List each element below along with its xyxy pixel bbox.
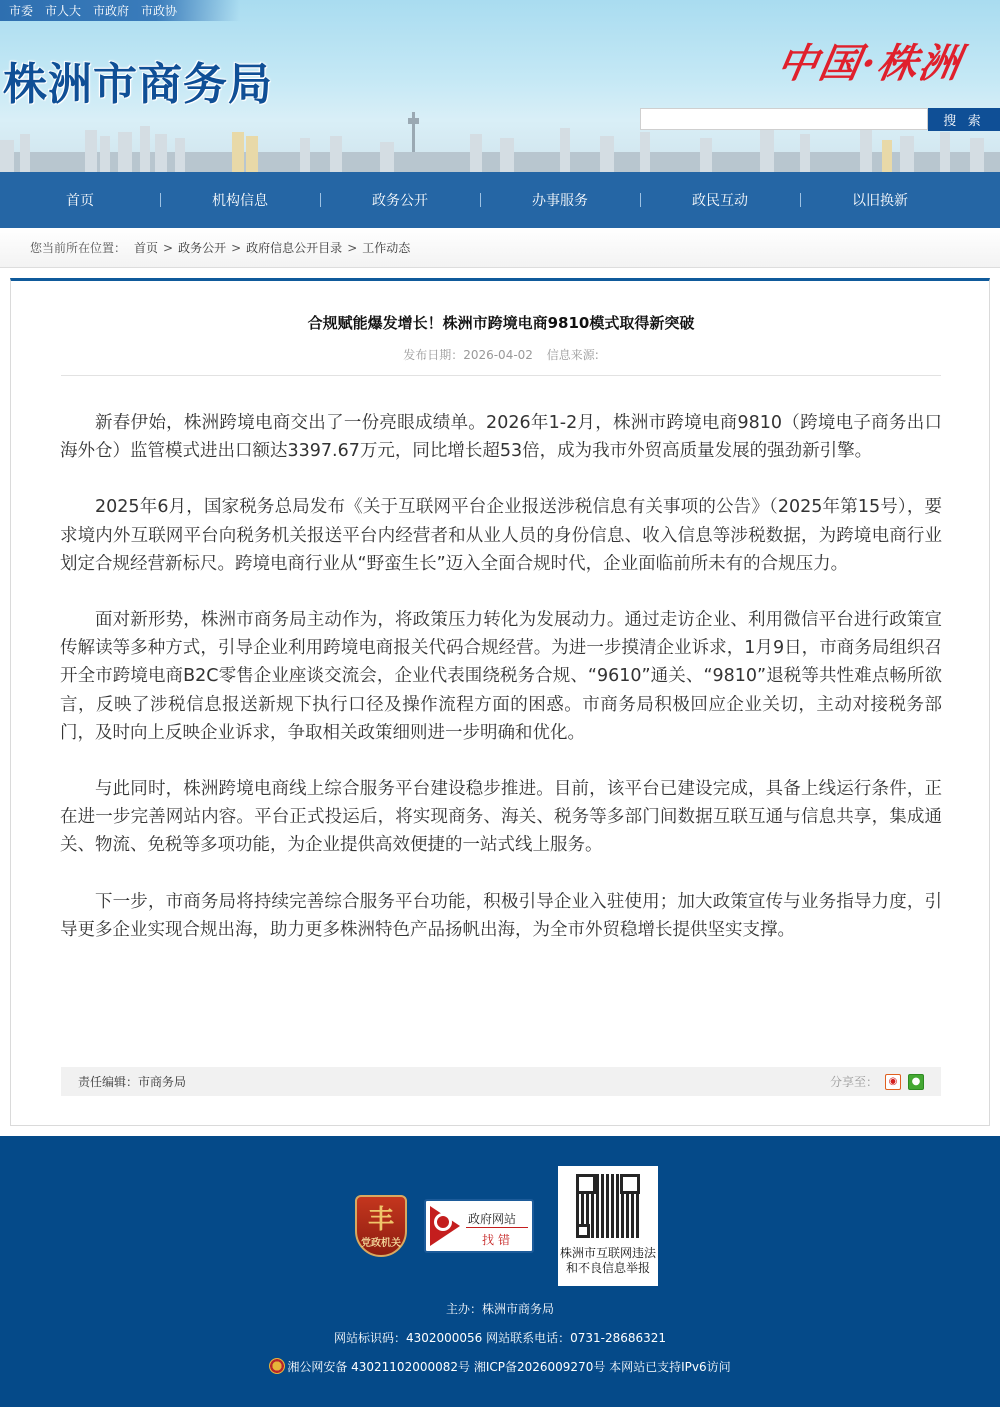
city-skyline-image <box>0 112 1000 172</box>
police-badge-icon <box>269 1358 285 1374</box>
nav-interaction[interactable]: 政民互动 <box>640 172 800 228</box>
breadcrumb-label: 您当前所在位置： <box>30 239 126 256</box>
qr-code-icon <box>576 1174 640 1238</box>
article-title: 合规赋能爆发增长！株洲市跨境电商9810模式取得新突破 <box>11 312 991 333</box>
responsible-editor: 责任编辑：市商务局 <box>78 1073 186 1090</box>
weibo-icon[interactable]: ◉ <box>885 1074 901 1090</box>
gov-site-error-report-badge[interactable]: 政府网站 找错 <box>424 1199 534 1253</box>
nav-home[interactable]: 首页 <box>0 172 160 228</box>
footer-icp-line: 湘公网安备 43021102000082号 湘ICP备2026009270号 本… <box>0 1358 1000 1375</box>
slogan-calligraphy: 中国·株洲 <box>773 32 967 89</box>
article-paragraph: 与此同时，株洲跨境电商线上综合服务平台建设稳步推进。目前，该平台已建设完成，具备… <box>60 775 942 860</box>
breadcrumb-info-catalog[interactable]: 政府信息公开目录 <box>246 239 342 256</box>
breadcrumb-separator: > <box>231 241 241 255</box>
party-government-badge[interactable]: 丰 党政机关 <box>355 1195 407 1257</box>
top-link-party-committee[interactable]: 市委 <box>9 2 33 19</box>
magnifier-icon <box>434 1213 452 1231</box>
breadcrumb-work-news[interactable]: 工作动态 <box>362 239 410 256</box>
article-paragraph: 新春伊始，株洲跨境电商交出了一份亮眼成绩单。2026年1-2月，株洲市跨境电商9… <box>60 409 942 465</box>
top-link-government[interactable]: 市政府 <box>93 2 129 19</box>
article-container: 合规赋能爆发增长！株洲市跨境电商9810模式取得新突破 发布日期：2026-04… <box>10 278 990 1126</box>
nav-government-affairs[interactable]: 政务公开 <box>320 172 480 228</box>
footer-site-info: 网站标识码：4302000056 网站联系电话：0731-28686321 <box>0 1329 1000 1346</box>
qr-caption-line2: 和不良信息举报 <box>558 1261 658 1276</box>
nav-organization-info[interactable]: 机构信息 <box>160 172 320 228</box>
share-group: 分享至： ◉ ● <box>830 1073 924 1090</box>
article-paragraph: 2025年6月，国家税务总局发布《关于互联网平台企业报送涉税信息有关事项的公告》… <box>60 493 942 578</box>
site-title: 株洲市商务局 <box>3 48 273 112</box>
qr-caption-line1: 株洲市互联网违法 <box>558 1246 658 1261</box>
main-nav: 首页 机构信息 政务公开 办事服务 政民互动 以旧换新 <box>0 172 1000 228</box>
article-body: 新春伊始，株洲跨境电商交出了一份亮眼成绩单。2026年1-2月，株洲市跨境电商9… <box>60 409 942 972</box>
top-links-bar: 市委 市人大 市政府 市政协 <box>0 0 240 21</box>
report-badge-line1: 政府网站 <box>468 1210 516 1227</box>
breadcrumb-separator: > <box>347 241 357 255</box>
article-footer-bar: 责任编辑：市商务局 分享至： ◉ ● <box>61 1067 941 1096</box>
party-emblem-icon: 丰 <box>368 1206 394 1234</box>
top-link-cppcc[interactable]: 市政协 <box>141 2 177 19</box>
article-paragraph: 面对新形势，株洲市商务局主动作为，将政策压力转化为发展动力。通过走访企业、利用微… <box>60 606 942 747</box>
publish-date: 发布日期：2026-04-02 <box>403 348 533 362</box>
title-divider <box>61 375 941 376</box>
article-meta: 发布日期：2026-04-02 信息来源: <box>11 346 991 363</box>
illegal-info-report-qr[interactable]: 株洲市互联网违法 和不良信息举报 <box>558 1166 658 1286</box>
qr-caption: 株洲市互联网违法 和不良信息举报 <box>558 1246 658 1276</box>
breadcrumb-home[interactable]: 首页 <box>134 239 158 256</box>
party-badge-label: 党政机关 <box>361 1234 401 1249</box>
footer-sponsor: 主办：株洲市商务局 <box>0 1300 1000 1317</box>
header-banner: 市委 市人大 市政府 市政协 株洲市商务局 中国·株洲 搜 索 <box>0 0 1000 172</box>
report-badge-divider <box>466 1227 528 1228</box>
breadcrumb: 您当前所在位置： 首页 > 政务公开 > 政府信息公开目录 > 工作动态 <box>0 228 1000 268</box>
breadcrumb-government-affairs[interactable]: 政务公开 <box>178 239 226 256</box>
info-source: 信息来源: <box>547 348 599 362</box>
wechat-icon[interactable]: ● <box>908 1074 924 1090</box>
top-link-peoples-congress[interactable]: 市人大 <box>45 2 81 19</box>
share-label: 分享至： <box>830 1073 878 1090</box>
report-badge-line2: 找错 <box>482 1231 514 1248</box>
breadcrumb-separator: > <box>163 241 173 255</box>
nav-trade-in[interactable]: 以旧换新 <box>800 172 960 228</box>
nav-services[interactable]: 办事服务 <box>480 172 640 228</box>
footer-icp[interactable]: 湘公网安备 43021102000082号 湘ICP备2026009270号 本… <box>287 1360 730 1374</box>
article-paragraph: 下一步，市商务局将持续完善综合服务平台功能，积极引导企业入驻使用；加大政策宣传与… <box>60 888 942 944</box>
